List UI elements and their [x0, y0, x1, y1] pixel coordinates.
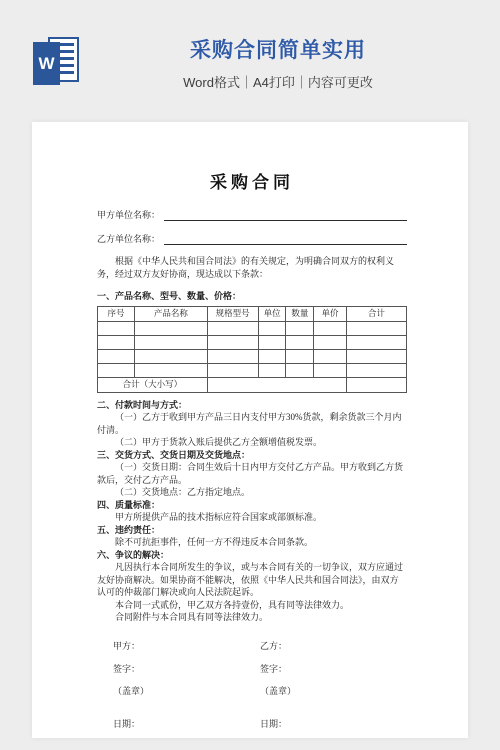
signature-date-b: 日期： — [260, 718, 407, 730]
signature-party-a: 甲方： — [113, 640, 260, 652]
contract-title: 采购合同 — [97, 172, 407, 194]
table-empty-row — [98, 335, 407, 349]
table-footer-row: 合计（大小写） — [98, 377, 407, 392]
template-subtitle: Word格式｜A4打印｜内容可更改 — [81, 72, 475, 91]
section-2-p1: （一）乙方于收到甲方产品三日内支付甲方30%货款，剩余货款三个月内付清。 — [97, 411, 407, 436]
signature-sign-a: 签字： — [113, 663, 260, 675]
party-a-label: 甲方单位名称： — [97, 209, 164, 222]
section-3-p1: （一）交货日期：合同生效后十日内甲方交付乙方产品。甲方收到乙方货款后，交付乙方产… — [97, 461, 407, 486]
col-header-quantity: 数量 — [286, 306, 314, 321]
table-header-row: 序号 产品名称 规格型号 单位 数量 单价 合计 — [98, 306, 407, 321]
signature-date-a: 日期： — [113, 718, 260, 730]
signature-block: 甲方： 乙方： 签字： 签字： （盖章） （盖章） 日期： 日期： — [97, 640, 407, 730]
col-header-unit-price: 单价 — [314, 306, 346, 321]
col-header-total: 合计 — [346, 306, 406, 321]
signature-seal-b: （盖章） — [260, 685, 407, 697]
section-6-p3: 合同附件与本合同具有同等法律效力。 — [97, 611, 407, 624]
party-b-label: 乙方单位名称： — [97, 233, 164, 246]
signature-party-b: 乙方： — [260, 640, 407, 652]
party-a-underline — [164, 208, 407, 221]
section-4-p1: 甲方所提供产品的技术指标应符合国家或部颁标准。 — [97, 511, 407, 524]
section-6-heading: 六、争议的解决： — [97, 549, 407, 562]
intro-paragraph: 根据《中华人民共和国合同法》的有关规定，为明确合同双方的权利义务，经过双方友好协… — [97, 255, 407, 280]
word-letter: W — [33, 42, 60, 85]
signature-sign-b: 签字： — [260, 663, 407, 675]
word-logo-icon: W — [33, 35, 81, 87]
header-text-block: 采购合同简单实用 Word格式｜A4打印｜内容可更改 — [81, 32, 475, 91]
section-5-p1: 除不可抗拒事件，任何一方不得违反本合同条款。 — [97, 536, 407, 549]
col-header-spec-model: 规格型号 — [207, 306, 258, 321]
template-header: W 采购合同简单实用 Word格式｜A4打印｜内容可更改 — [0, 0, 500, 122]
col-header-product-name: 产品名称 — [135, 306, 208, 321]
section-3-heading: 三、交货方式、交货日期及交货地点： — [97, 449, 407, 462]
section-4-heading: 四、质量标准： — [97, 499, 407, 512]
table-empty-row — [98, 321, 407, 335]
signature-seal-a: （盖章） — [113, 685, 260, 697]
table-empty-row — [98, 363, 407, 377]
table-total-label: 合计（大小写） — [98, 377, 208, 392]
section-2-heading: 二、付款时间与方式： — [97, 399, 407, 412]
section-2-p2: （二）甲方于货款入账后提供乙方全额增值税发票。 — [97, 436, 407, 449]
section-3-p2: （二）交货地点：乙方指定地点。 — [97, 486, 407, 499]
col-header-unit: 单位 — [258, 306, 286, 321]
party-a-row: 甲方单位名称： — [97, 207, 407, 221]
section-6-p2: 本合同一式贰份，甲乙双方各持壹份，具有同等法律效力。 — [97, 599, 407, 612]
section-1-heading: 一、产品名称、型号、数量、价格： — [97, 290, 407, 303]
col-header-index: 序号 — [98, 306, 135, 321]
product-table: 序号 产品名称 规格型号 单位 数量 单价 合计 合计（ — [97, 306, 407, 393]
document-page: 采购合同 甲方单位名称： 乙方单位名称： 根据《中华人民共和国合同法》的有关规定… — [32, 122, 468, 738]
party-b-underline — [164, 232, 407, 245]
section-5-heading: 五、违约责任： — [97, 524, 407, 537]
section-6-p1: 凡因执行本合同所发生的争议，或与本合同有关的一切争议，双方应通过友好协商解决。如… — [97, 561, 407, 599]
table-total-value-cell — [207, 377, 346, 392]
party-b-row: 乙方单位名称： — [97, 231, 407, 245]
table-empty-row — [98, 349, 407, 363]
table-total-amount-cell — [346, 377, 406, 392]
template-title: 采购合同简单实用 — [81, 34, 475, 64]
